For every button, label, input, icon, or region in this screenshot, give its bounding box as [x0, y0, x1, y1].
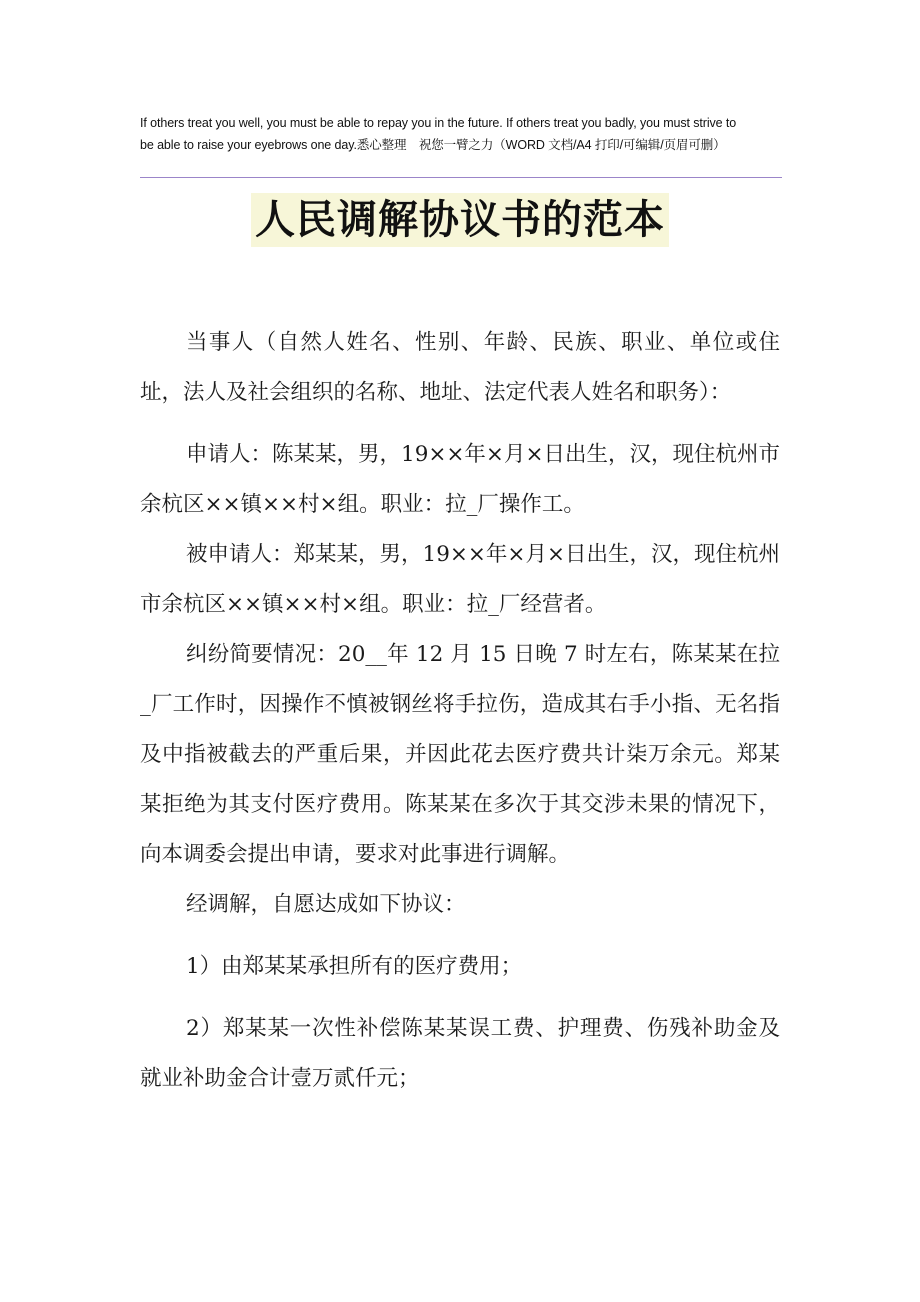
page-header: If others treat you well, you must be ab… — [140, 112, 780, 156]
paragraph-term-1: 1）由郑某某承担所有的医疗费用； — [140, 942, 780, 992]
document-body: 当事人（自然人姓名、性别、年龄、民族、职业、单位或住址，法人及社会组织的名称、地… — [140, 318, 780, 1104]
paragraph-applicant: 申请人：陈某某，男，19××年×月×日出生，汉，现住杭州市余杭区××镇××村×组… — [140, 430, 780, 530]
header-line-2: be able to raise your eyebrows one day.悉… — [140, 134, 780, 156]
document-page: If others treat you well, you must be ab… — [0, 0, 920, 1302]
paragraph-agreement-intro: 经调解，自愿达成如下协议： — [140, 880, 780, 930]
title-container: 人民调解协议书的范本 — [0, 193, 920, 247]
header-line-1: If others treat you well, you must be ab… — [140, 112, 780, 134]
document-title: 人民调解协议书的范本 — [251, 193, 669, 247]
paragraph-term-2: 2）郑某某一次性补偿陈某某误工费、护理费、伤残补助金及就业补助金合计壹万贰仟元； — [140, 1004, 780, 1104]
header-divider — [140, 177, 782, 178]
paragraph-parties: 当事人（自然人姓名、性别、年龄、民族、职业、单位或住址，法人及社会组织的名称、地… — [140, 318, 780, 418]
paragraph-respondent: 被申请人：郑某某，男，19××年×月×日出生，汉，现住杭州市余杭区××镇××村×… — [140, 530, 780, 630]
paragraph-dispute-summary: 纠纷简要情况：20__年 12 月 15 日晚 7 时左右，陈某某在拉_厂工作时… — [140, 630, 780, 880]
